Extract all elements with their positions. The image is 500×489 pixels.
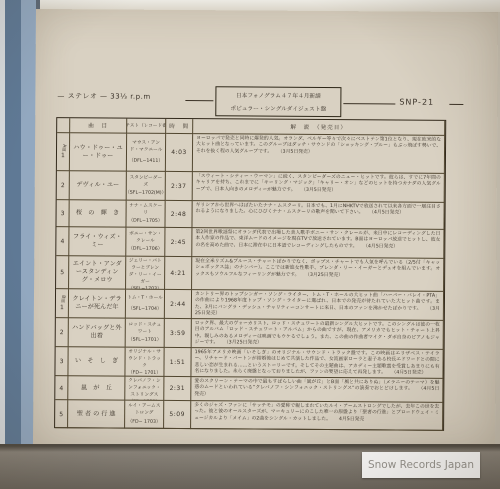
catalog-number: SNP-21 [399,98,434,107]
record-number: （SFL−1704） [128,306,162,313]
track-title: ハンドバッグと外出着 [69,318,126,347]
track-title: エイント・アンダースタンディング・メロウ [69,256,126,289]
track-number: 5 [60,269,64,276]
release-series-line1: 日本フォノグラム４７年４月新譜 [221,91,335,100]
artist-name: クレバノフ・シンフォニック・ストリングス [126,378,162,399]
track-notes: 多くのジャズ・ファンに「サッチモ」の愛称で親しまれていたルイ・アームストロングで… [191,401,443,431]
track-notes: ギリシアから世界へはばたいたナナ・ムスクーリ。日本でも、1月にNHKTVで放送さ… [192,201,444,230]
side-label: B面 [60,295,64,302]
track-notes: ロック界、最大のヴォーカリスト、ロッド・スチュワートの最新シングル大ヒットです。… [192,319,444,350]
track-artist: クレバノフ・シンフォニック・ストリングス（FD−1702） [125,377,164,401]
track-number: 3 [60,358,64,365]
stereo-speed-label: — ステレオ — 33⅓ r.p.m [57,91,150,102]
artist-name: ナナ・ムスクーリ [128,203,164,217]
track-title: フライ・ウィズ・ミー [69,227,126,256]
track-number: 1 [61,152,65,159]
artist-name: ロッド・スチュワート [127,321,163,335]
track-artist: ロッド・スチュワート（SFL−1701） [126,319,165,348]
header-side-col [57,118,70,133]
record-number: （SFL−1701） [128,337,162,344]
artist-name: ルイ・アームストロング [126,403,162,417]
track-row-side: 4 [56,227,69,256]
sleeve-back: — ステレオ — 33⅓ r.p.m 日本フォノグラム４７年４月新譜 ポピュラー… [33,9,498,450]
release-date: 4月5日発売 [331,417,364,422]
watermark-badge: Snow Records Japan [362,452,480,478]
artist-name: スタンピーダーズ [128,174,164,188]
track-number: 4 [60,238,64,245]
track-notes: 「スウィート・シティー・ウーマン」に続く、スタンピーダーズのニュー・ヒットです。… [193,172,445,203]
track-row-side: 5 [56,256,69,289]
artist-name: ジェリー・バトラーとブレンダ・リー・イーガー [127,258,163,286]
record-number: （DFL−1705） [128,218,162,225]
track-artist: ルイ・アームストロング（FD− 1703） [125,401,164,429]
track-time: 1:51 [164,348,191,377]
divider-line [449,104,463,105]
notes-text: ギリシアから世界へはばたいたナナ・ムスクーリ。日本でも、1月にNHKTVで放送さ… [196,203,441,215]
track-notes: 愛のスクリーン・テーマの中で最もすばらしい曲「嵐が丘」とB面「風と共にありぬ」（… [191,377,443,403]
header-notes: 解 説 （発売日） [193,119,445,136]
release-date: （3月5日発売） [296,187,337,192]
track-time: 4:21 [165,257,192,290]
track-notes: 第2回世界歌謡祭にオランダ代表で出場した美人歌手ボニー・サン・クレールが、来日中… [192,228,444,259]
track-title: クレイトン・デラニーが死んだ年 [69,289,126,318]
track-time: 3:59 [165,319,192,348]
track-row-side: 2 [57,171,70,200]
track-number: 1 [60,304,64,311]
release-date: （4月5日発売） [357,244,398,249]
track-title: ハウ・ドゥー・ユー・ドゥー [70,133,127,171]
record-number: （DFL−1706） [128,246,162,253]
artist-name: マウス・アンド・マクニール [128,139,164,153]
track-artist: マウス・アンド・マクニール（DFL−1411） [127,134,166,172]
track-title: デヴィル・ユー [70,171,127,200]
track-time: 4:03 [166,134,193,172]
release-series-line2: ポピュラー・シングルダイジェスト盤 [221,103,335,112]
artist-name: オリジナル・サウンド・トラック [126,349,162,370]
divider-line [343,103,395,104]
track-number: 2 [60,329,64,336]
track-artist: トム・T・ホール（SFL−1704） [126,290,165,319]
track-row-side: 5 [55,400,68,428]
record-sleeve-back-photo: — ステレオ — 33⅓ r.p.m 日本フォノグラム４７年４月新譜 ポピュラー… [0,0,500,489]
release-date: （3月25日発売） [218,340,262,345]
track-artist: ジェリー・バトラーとブレンダ・リー・イーガー（SFL−1703） [126,257,165,290]
track-row-side: 3 [56,200,69,227]
track-number: 5 [59,411,63,418]
track-artist: オリジナル・サウンド・トラック（FD− 1701） [125,348,164,377]
track-notes: カントリー界のトップシンガー・ソング・ライター、トム・T・ホールの大ヒット曲「ハ… [192,290,444,321]
track-time: 2:48 [165,201,192,228]
release-date: （4月5日発売） [363,211,404,216]
track-time: 5:09 [164,401,191,429]
notes-text: 多くのジャズ・ファンに「サッチモ」の愛称で親しまれていたルイ・アームストロングで… [194,403,439,422]
track-number: 2 [61,182,65,189]
track-row-side: B面1 [56,289,69,318]
track-artist: ナナ・ムスクーリ（DFL−1705） [126,201,165,228]
notes-text: 愛のスクリーン・テーマの中で最もすばらしい曲「嵐が丘」とB面「風と共にありぬ」（… [194,379,439,392]
release-date: （3月25日発売） [299,272,343,277]
artist-name: トム・T・ホール [127,295,163,302]
divider-line [185,100,213,101]
track-artist: ボニー・サン・クレール（DFL−1706） [126,228,165,257]
track-notes: 1965年アメリカ映画「いそしぎ」のオリジナル・サウンド・トラック盤です。この映… [191,348,443,379]
track-list-table: 曲 目 アーチスト（レコード番号） 時 間 解 説 （発売日） A面1 ハウ・ド… [54,117,446,431]
track-row-side: A面1 [57,133,70,171]
record-number: （FD− 1703） [128,418,161,425]
track-notes: ヨーロッパで発売と同時に爆発的人気。オランダ、ベルギー等々で次々にベストテン第1… [193,134,445,174]
side-label: A面 [61,144,65,151]
release-info-box: 日本フォノグラム４７年４月新譜 ポピュラー・シングルダイジェスト盤 [215,86,341,117]
track-time: 2:44 [165,290,192,319]
track-time: 2:45 [165,228,192,257]
header-track: 曲 目 [70,118,127,133]
track-title: 聖 者 の 行 進 [68,400,125,428]
notes-text: カントリー界のトップシンガー・ソング・ライター、トム・T・ホールの大ヒット曲「ハ… [195,292,440,311]
track-row-side: 4 [55,376,68,400]
track-artist: スタンピーダーズ（SFL−1702(M)） [127,172,166,201]
track-title: 嵐 が 丘 [68,376,125,400]
record-number: （DFL−1411） [129,158,163,165]
track-title: 桜 の 輝 き [69,200,126,227]
track-time: 2:37 [166,172,193,201]
release-date: （4月5日発売） [386,370,427,375]
track-row-side: 3 [55,347,68,376]
track-number: 4 [59,385,63,392]
track-title: い そ し ぎ [68,347,125,376]
track-notes: 現在全米リズム&ブルース・チャートばかりでなく、ポップス・チャートでも人気を呼ん… [192,257,444,292]
notes-text: 第2回世界歌謡祭にオランダ代表で出場した美人歌手ボニー・サン・クレールが、来日中… [195,230,440,249]
track-time: 2:31 [164,377,191,401]
header-time: 時 間 [166,119,193,134]
record-number: （SFL−1702(M)） [127,190,166,197]
header-artist: アーチスト（レコード番号） [127,119,166,134]
notes-text: ヨーロッパで発売と同時に爆発的人気。オランダ、ベルギー等々で次々にベストテン第1… [196,136,441,154]
release-date: （3月5日発売） [272,149,313,154]
track-number: 3 [61,210,65,217]
artist-name: ボニー・サン・クレール [127,230,163,244]
track-row-side: 2 [56,318,69,347]
